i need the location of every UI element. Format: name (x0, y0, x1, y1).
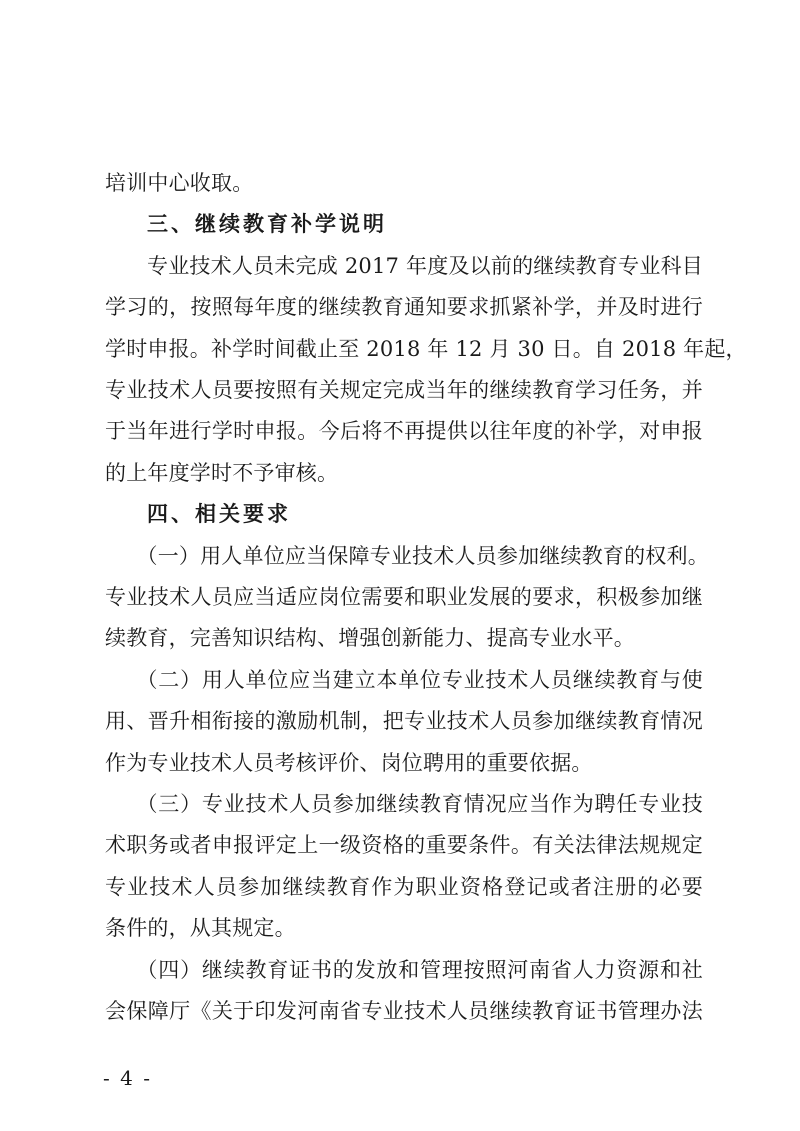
section-heading: 三、继续教育补学说明 (147, 212, 703, 236)
page-number: - 4 - (103, 1066, 152, 1090)
paragraph-line: 术职务或者申报评定上一级资格的重要条件。有关法律法规规定 (105, 833, 703, 857)
paragraph-line: 专业技术人员应当适应岗位需要和职业发展的要求，积极参加继 (105, 585, 703, 609)
paragraph-line: 于当年进行学时申报。今后将不再提供以往年度的补学，对申报 (105, 419, 703, 443)
paragraph-line: 续教育，完善知识结构、增强创新能力、提高专业水平。 (105, 626, 703, 650)
paragraph-line: 作为专业技术人员考核评价、岗位聘用的重要依据。 (105, 751, 703, 775)
paragraph-line: 培训中心收取。 (105, 171, 703, 195)
section-heading: 四、相关要求 (147, 502, 703, 526)
paragraph-line: 专业技术人员未完成 2017 年度及以前的继续教育专业科目 (147, 254, 703, 278)
paragraph-line: 专业技术人员要按照有关规定完成当年的继续教育学习任务，并 (105, 378, 703, 402)
paragraph-line: （一）用人单位应当保障专业技术人员参加继续教育的权利。 (137, 544, 704, 568)
paragraph-line: 专业技术人员参加继续教育作为职业资格登记或者注册的必要 (105, 875, 703, 899)
paragraph-line: （二）用人单位应当建立本单位专业技术人员继续教育与使 (137, 668, 704, 692)
paragraph-line: 条件的，从其规定。 (105, 916, 703, 940)
paragraph-line: （三）专业技术人员参加继续教育情况应当作为聘任专业技 (137, 792, 704, 816)
paragraph-line: 用、晋升相衔接的激励机制，把专业技术人员参加继续教育情况 (105, 709, 703, 733)
paragraph-line: 学时申报。补学时间截止至 2018 年 12 月 30 日。自 2018 年起， (105, 337, 703, 361)
paragraph-line: 的上年度学时不予审核。 (105, 461, 703, 485)
paragraph-line: 学习的，按照每年度的继续教育通知要求抓紧补学，并及时进行 (105, 295, 703, 319)
document-page: 培训中心收取。三、继续教育补学说明专业技术人员未完成 2017 年度及以前的继续… (0, 0, 800, 1131)
paragraph-line: （四）继续教育证书的发放和管理按照河南省人力资源和社 (137, 958, 704, 982)
paragraph-line: 会保障厅《关于印发河南省专业技术人员继续教育证书管理办法 (105, 999, 703, 1023)
